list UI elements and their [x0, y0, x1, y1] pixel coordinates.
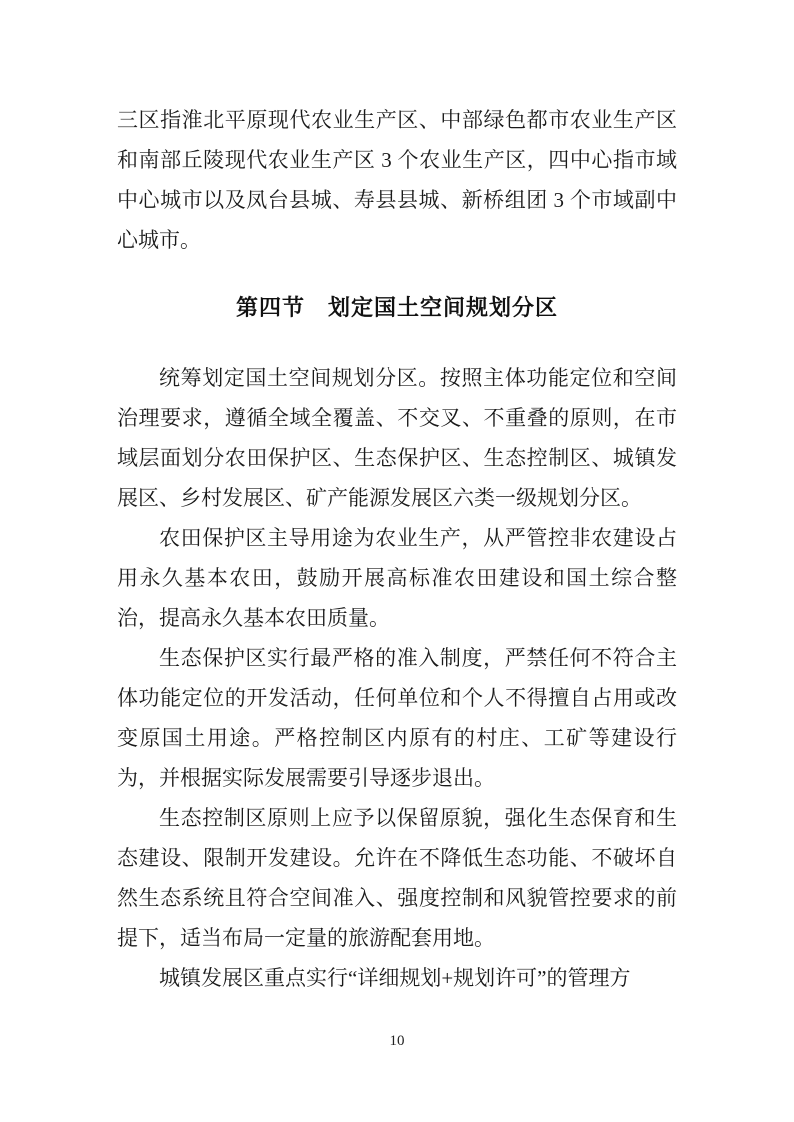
- section-heading: 第四节 划定国土空间规划分区: [117, 288, 677, 328]
- page-number: 10: [0, 1033, 794, 1050]
- paragraph-continuation: 三区指淮北平原现代农业生产区、中部绿色都市农业生产区和南部丘陵现代农业生产区 3…: [117, 100, 677, 260]
- document-page: 三区指淮北平原现代农业生产区、中部绿色都市农业生产区和南部丘陵现代农业生产区 3…: [0, 0, 794, 1122]
- body-paragraph-overview: 统筹划定国土空间规划分区。按照主体功能定位和空间治理要求，遵循全域全覆盖、不交叉…: [117, 358, 677, 518]
- body-paragraph-ecological-control-zone: 生态控制区原则上应予以保留原貌，强化生态保育和生态建设、限制开发建设。允许在不降…: [117, 798, 677, 958]
- body-paragraph-ecological-protection-zone: 生态保护区实行最严格的准入制度，严禁任何不符合主体功能定位的开发活动，任何单位和…: [117, 638, 677, 798]
- page-content: 三区指淮北平原现代农业生产区、中部绿色都市农业生产区和南部丘陵现代农业生产区 3…: [117, 100, 677, 998]
- body-paragraph-farmland-protection-zone: 农田保护区主导用途为农业生产，从严管控非农建设占用永久基本农田，鼓励开展高标准农…: [117, 518, 677, 638]
- body-paragraph-urban-development-zone-partial: 城镇发展区重点实行“详细规划+规划许可”的管理方: [117, 958, 677, 998]
